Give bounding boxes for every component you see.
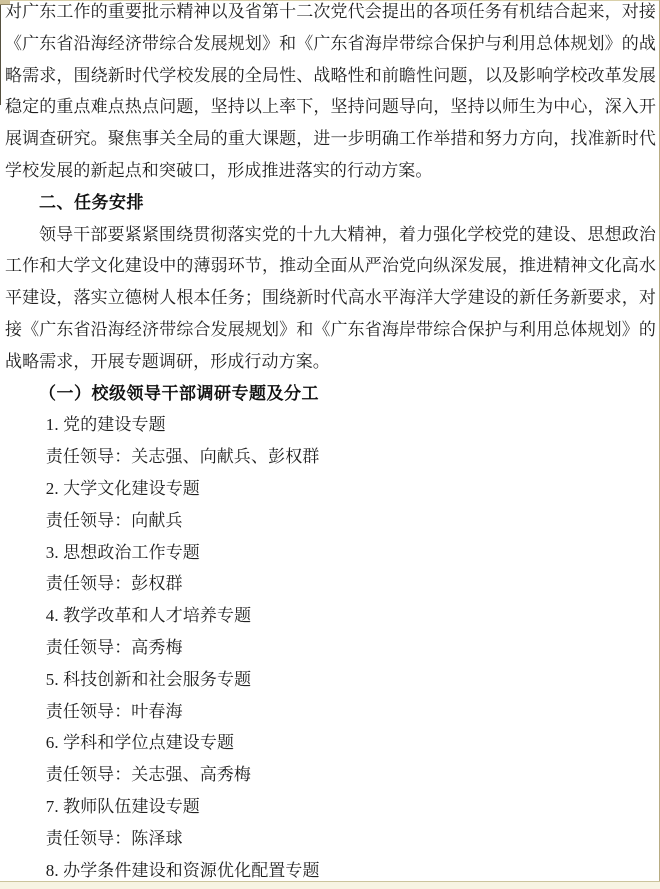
page-border-top xyxy=(0,0,660,1)
list-item: 责任领导：陈泽球 xyxy=(5,823,656,855)
list-item: 4. 教学改革和人才培养专题 xyxy=(5,600,656,632)
document-content: 对广东工作的重要批示精神以及省第十二次党代会提出的各项任务有机结合起来，对接《广… xyxy=(0,0,660,886)
list-item: 责任领导：高秀梅 xyxy=(5,632,656,664)
list-item: 5. 科技创新和社会服务专题 xyxy=(5,664,656,696)
page-border-left xyxy=(0,0,1,105)
document-page: 对广东工作的重要批示精神以及省第十二次党代会提出的各项任务有机结合起来，对接《广… xyxy=(0,0,660,889)
list-item: 2. 大学文化建设专题 xyxy=(5,473,656,505)
list-item: 7. 教师队伍建设专题 xyxy=(5,791,656,823)
list-item: 责任领导：叶春海 xyxy=(5,696,656,728)
subsection-heading: （一）校级领导干部调研专题及分工 xyxy=(5,378,656,410)
section-heading: 二、任务安排 xyxy=(5,187,656,219)
list-item: 责任领导：关志强、向献兵、彭权群 xyxy=(5,441,656,473)
list-item: 3. 思想政治工作专题 xyxy=(5,537,656,569)
page-edge-strip xyxy=(0,881,660,889)
body-paragraph: 对广东工作的重要批示精神以及省第十二次党代会提出的各项任务有机结合起来，对接《广… xyxy=(5,0,656,187)
list-item: 6. 学科和学位点建设专题 xyxy=(5,727,656,759)
list-item: 责任领导：向献兵 xyxy=(5,505,656,537)
body-paragraph: 领导干部要紧紧围绕贯彻落实党的十九大精神，着力强化学校党的建设、思想政治工作和大… xyxy=(5,219,656,378)
page-corner-accent xyxy=(0,0,10,5)
list-item: 责任领导：关志强、高秀梅 xyxy=(5,759,656,791)
list-item: 责任领导：彭权群 xyxy=(5,568,656,600)
list-item: 1. 党的建设专题 xyxy=(5,409,656,441)
